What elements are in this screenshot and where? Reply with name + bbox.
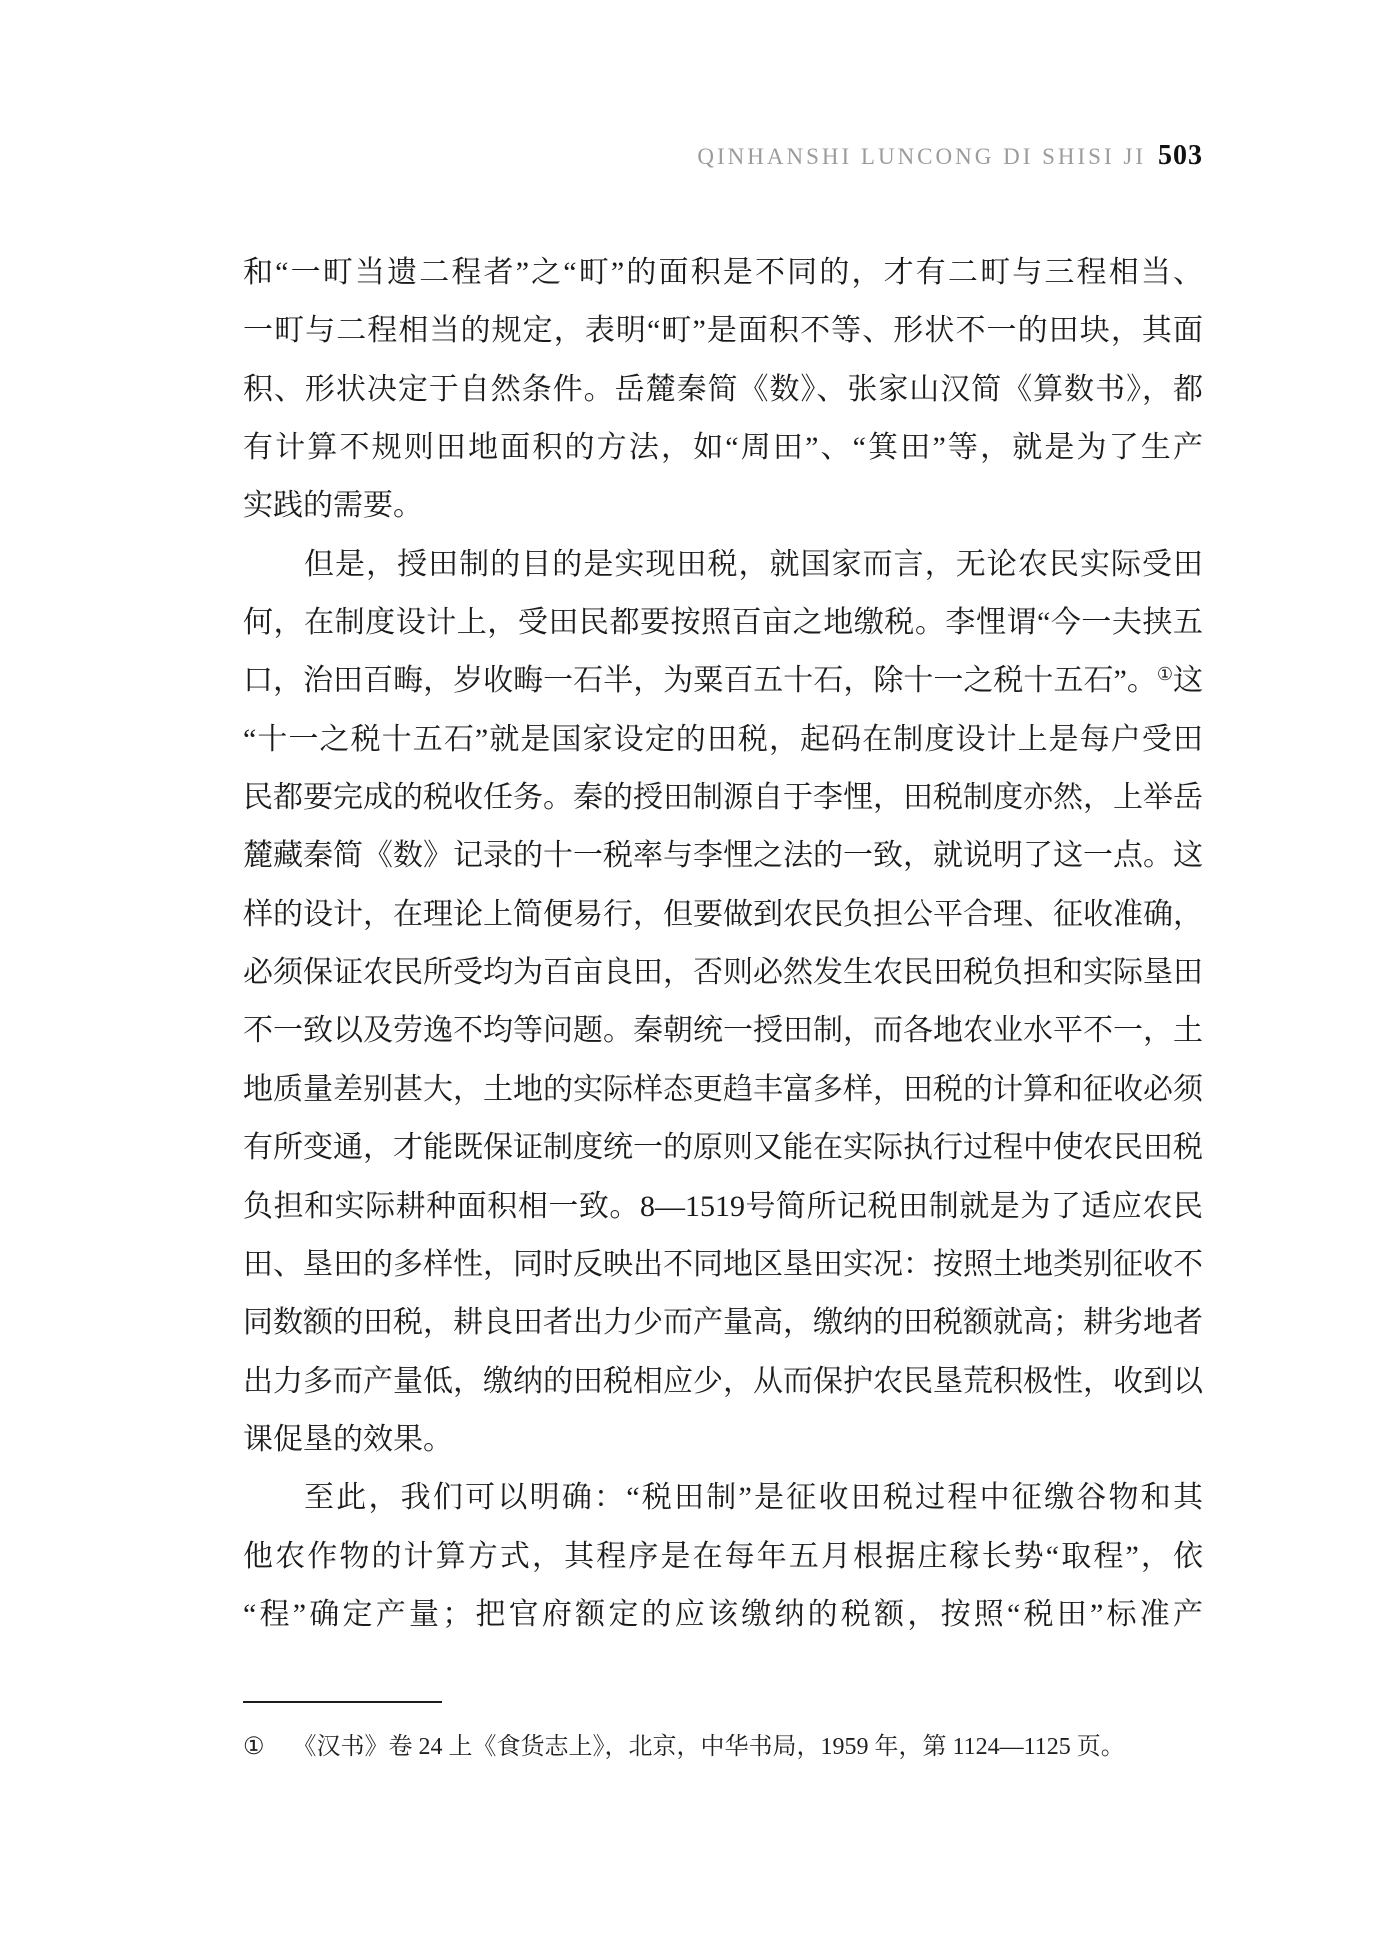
footnote-separator xyxy=(243,1701,442,1703)
text-line: 口，治田百畮，岁收畮一石半，为粟百五十石，除十一之税十五石”。①这 xyxy=(243,652,1203,710)
text-line-content: 一町与二程相当的规定，表明“町”是面积不等、形状不一的田块，其面 xyxy=(243,314,1203,347)
footnote-ref-superscript: ① xyxy=(1157,664,1173,684)
text-line: 必须保证农民所受均为百亩良田，否则必然发生农民田税负担和实际垦田 xyxy=(243,944,1203,1002)
text-line-content: 他农作物的计算方式，其程序是在每年五月根据庄稼长势“取程”，依 xyxy=(243,1540,1203,1573)
text-line: 同数额的田税，耕良田者出力少而产量高，缴纳的田税额就高；耕劣地者 xyxy=(243,1294,1203,1352)
text-line: 积、形状决定于自然条件。岳麓秦简《数》、张家山汉简《算数书》，都 xyxy=(243,361,1203,419)
page-number: 503 xyxy=(1158,140,1203,171)
text-line-content: 地质量差别甚大，土地的实际样态更趋丰富多样，田税的计算和征收必须 xyxy=(243,1073,1203,1106)
book-page: QINHANSHI LUNCONG DI SHISI JI503 和“一町当遗二… xyxy=(0,0,1386,1938)
text-line-tail: 这 xyxy=(1173,664,1203,697)
text-line-content: 口，治田百畮，岁收畮一石半，为粟百五十石，除十一之税十五石”。 xyxy=(243,664,1157,697)
page-header: QINHANSHI LUNCONG DI SHISI JI503 xyxy=(243,140,1203,172)
text-line-content: 有所变通，才能既保证制度统一的原则又能在实际执行过程中使农民田税 xyxy=(243,1131,1203,1164)
text-line-content: 负担和实际耕种面积相一致。8—1519号简所记税田制就是为了适应农民受 xyxy=(243,1190,1203,1236)
text-line-content: 何，在制度设计上，受田民都要按照百亩之地缴税。李悝谓“今一夫挟五 xyxy=(243,606,1203,639)
text-line: 但是，授田制的目的是实现田税，就国家而言，无论农民实际受田如 xyxy=(243,536,1203,594)
text-line: 不一致以及劳逸不均等问题。秦朝统一授田制，而各地农业水平不一，土 xyxy=(243,1002,1203,1060)
text-line-content: 出力多而产量低，缴纳的田税相应少，从而保护农民垦荒积极性，收到以 xyxy=(243,1365,1203,1398)
text-line-content: 田、垦田的多样性，同时反映出不同地区垦田实况：按照土地类别征收不 xyxy=(243,1248,1203,1281)
text-line-content: 不一致以及劳逸不均等问题。秦朝统一授田制，而各地农业水平不一，土 xyxy=(243,1014,1203,1047)
footnote-marker: ① xyxy=(243,1734,265,1760)
text-line: 麓藏秦简《数》记录的十一税率与李悝之法的一致，就说明了这一点。这 xyxy=(243,827,1203,885)
text-line-content: 实践的需要。 xyxy=(243,489,423,522)
text-line: 样的设计，在理论上简便易行，但要做到农民负担公平合理、征收准确， xyxy=(243,886,1203,944)
text-line-content: 民都要完成的税收任务。秦的授田制源自于李悝，田税制度亦然，上举岳 xyxy=(243,781,1203,814)
text-line-content: 样的设计，在理论上简便易行，但要做到农民负担公平合理、征收准确， xyxy=(243,898,1203,931)
text-line: 课促垦的效果。 xyxy=(243,1411,1203,1469)
text-line: “十一之税十五石”就是国家设定的田税，起码在制度设计上是每户受田 xyxy=(243,711,1203,769)
text-line: 地质量差别甚大，土地的实际样态更趋丰富多样，田税的计算和征收必须 xyxy=(243,1061,1203,1119)
footnote: ①《汉书》卷 24 上《食货志上》，北京，中华书局，1959 年，第 1124—… xyxy=(243,1726,1243,1761)
text-line: 何，在制度设计上，受田民都要按照百亩之地缴税。李悝谓“今一夫挟五 xyxy=(243,594,1203,652)
text-line: 民都要完成的税收任务。秦的授田制源自于李悝，田税制度亦然，上举岳 xyxy=(243,769,1203,827)
text-line: 有所变通，才能既保证制度统一的原则又能在实际执行过程中使农民田税 xyxy=(243,1119,1203,1177)
text-line-content: “程”确定产量；把官府额定的应该缴纳的税额，按照“税田”标准产 xyxy=(243,1598,1203,1631)
text-line: 实践的需要。 xyxy=(243,477,1203,535)
text-line-content: 麓藏秦简《数》记录的十一税率与李悝之法的一致，就说明了这一点。这 xyxy=(243,839,1203,872)
text-line-content: 有计算不规则田地面积的方法，如“周田”、“箕田”等，就是为了生产 xyxy=(243,431,1203,464)
text-line-content: 必须保证农民所受均为百亩良田，否则必然发生农民田税负担和实际垦田 xyxy=(243,956,1203,989)
text-line: 田、垦田的多样性，同时反映出不同地区垦田实况：按照土地类别征收不 xyxy=(243,1236,1203,1294)
text-line: 他农作物的计算方式，其程序是在每年五月根据庄稼长势“取程”，依 xyxy=(243,1528,1203,1586)
text-line-content: 和“一町当遗二程者”之“町”的面积是不同的，才有二町与三程相当、 xyxy=(243,256,1203,289)
text-line-content: 至此，我们可以明确：“税田制”是征收田税过程中征缴谷物和其 xyxy=(304,1481,1203,1514)
text-line: 至此，我们可以明确：“税田制”是征收田税过程中征缴谷物和其 xyxy=(243,1469,1203,1527)
text-line: 出力多而产量低，缴纳的田税相应少，从而保护农民垦荒积极性，收到以 xyxy=(243,1353,1203,1411)
text-line-content: 课促垦的效果。 xyxy=(243,1423,453,1456)
running-title: QINHANSHI LUNCONG DI SHISI JI xyxy=(697,144,1146,169)
text-line-content: 同数额的田税，耕良田者出力少而产量高，缴纳的田税额就高；耕劣地者 xyxy=(243,1306,1203,1339)
text-line: 有计算不规则田地面积的方法，如“周田”、“箕田”等，就是为了生产 xyxy=(243,419,1203,477)
text-line-content: 积、形状决定于自然条件。岳麓秦简《数》、张家山汉简《算数书》，都 xyxy=(243,373,1203,406)
body-text: 和“一町当遗二程者”之“町”的面积是不同的，才有二町与三程相当、一町与二程相当的… xyxy=(243,244,1203,1644)
text-line: 和“一町当遗二程者”之“町”的面积是不同的，才有二町与三程相当、 xyxy=(243,244,1203,302)
text-line: “程”确定产量；把官府额定的应该缴纳的税额，按照“税田”标准产 xyxy=(243,1586,1203,1644)
text-line-content: 但是，授田制的目的是实现田税，就国家而言，无论农民实际受田如 xyxy=(304,548,1203,594)
text-line: 负担和实际耕种面积相一致。8—1519号简所记税田制就是为了适应农民受 xyxy=(243,1178,1203,1236)
footnote-text: 《汉书》卷 24 上《食货志上》，北京，中华书局，1959 年，第 1124—1… xyxy=(293,1734,1125,1760)
text-line-content: “十一之税十五石”就是国家设定的田税，起码在制度设计上是每户受田 xyxy=(243,723,1203,756)
text-line: 一町与二程相当的规定，表明“町”是面积不等、形状不一的田块，其面 xyxy=(243,302,1203,360)
